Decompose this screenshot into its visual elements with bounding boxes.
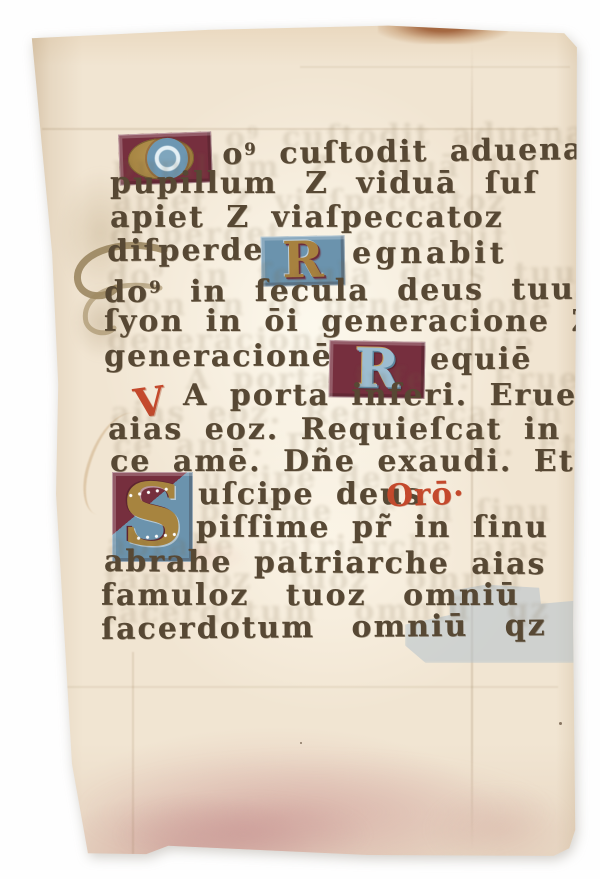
text-line-4-right: egnabit <box>352 238 508 270</box>
text-line-9: aias eoz. Requieſcat in pa <box>108 414 600 446</box>
text-line-2: pupillum Z viduā ſuſ <box>110 168 538 200</box>
text-line-1-abbreviation: 9 <box>244 140 258 159</box>
text-line-1: o9 cuſtodit aduenas <box>222 129 600 171</box>
manuscript-leaf: o9 cuſtodit aduenas pupillum Z viduā ſuſ… <box>28 24 578 860</box>
crease-vertical-lower-left <box>132 652 134 854</box>
text-line-4-left: diſperdet <box>107 234 280 268</box>
text-line-15: ſacerdotum omniū qz <box>101 610 547 646</box>
leaf-shadow-wrap: o9 cuſtodit aduenas pupillum Z viduā ſuſ… <box>0 0 600 879</box>
text-line-12: piſſime pr̃ in ſinu <box>196 512 549 544</box>
text-line-13: abrahe patriarche aias <box>104 546 547 581</box>
stain-top-burn <box>378 24 508 44</box>
text-line-5-abbreviation: 9 <box>149 278 163 297</box>
photo-background: o9 cuſtodit aduenas pupillum Z viduā ſuſ… <box>0 0 600 879</box>
speck-bottom-center <box>300 742 302 744</box>
stain-bottom-pink-large <box>80 756 550 868</box>
leaf-content: o9 cuſtodit aduenas pupillum Z viduā ſuſ… <box>0 0 600 879</box>
crease-horizontal-upper-right <box>300 66 570 68</box>
stain-bottom-pink-left <box>118 798 368 870</box>
text-line-6: ſyon in ōi generacione Z <box>104 306 595 338</box>
rubric-oratio: Orō· <box>385 476 465 515</box>
text-line-8: A porta inferi. Erue dñe <box>183 380 600 412</box>
stain-bottom-pink-right <box>428 788 573 870</box>
text-line-7-right: equiē <box>430 344 532 376</box>
text-line-7-left: generacionē <box>104 341 333 373</box>
text-line-14: famuloz tuoz omniū <box>101 580 520 612</box>
speck-right-edge <box>559 722 562 725</box>
text-line-5: do9 in ſecula deus tuus <box>104 269 594 309</box>
crease-horizontal-bottom <box>62 686 558 688</box>
